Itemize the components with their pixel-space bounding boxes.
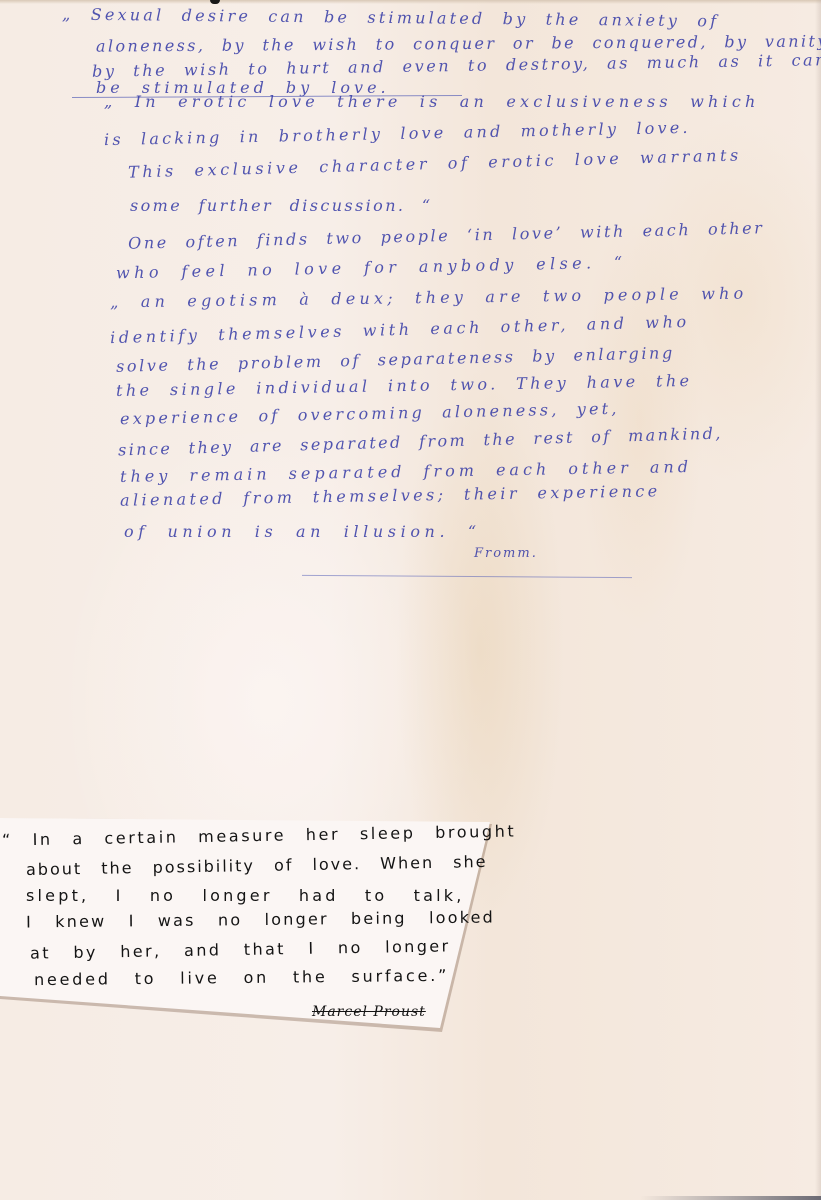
- quote-line: who feel no love for anybody else. “: [116, 253, 627, 283]
- page-right-edge: [815, 0, 821, 1200]
- quote-end-rule: [302, 575, 632, 579]
- quote-line: One often finds two people ‘in love’ wit…: [128, 218, 765, 253]
- quote-line: solve the problem of separateness by enl…: [116, 343, 675, 376]
- quote-line: „ Sexual desire can be stimulated by the…: [62, 5, 720, 31]
- quote-author: Fromm.: [474, 546, 538, 561]
- quote-line: identify themselves with each other, and…: [110, 312, 690, 347]
- quote-line: of union is an illusion. “: [124, 522, 481, 541]
- quote-line: some further discussion. “: [130, 196, 432, 215]
- quote-line: alienated from themselves; their experie…: [120, 481, 661, 509]
- quote-line: „ In erotic love there is an exclusivene…: [104, 92, 760, 111]
- quote-line: This exclusive character of erotic love …: [128, 145, 742, 181]
- quote-line: the single individual into two. They hav…: [116, 371, 693, 400]
- quote-line: experience of overcoming aloneness, yet,: [120, 399, 620, 428]
- page-top-edge: [0, 0, 821, 4]
- page-bottom-edge: [640, 1196, 821, 1200]
- note-line: slept, I no longer had to talk,: [26, 886, 465, 905]
- quote-line: since they are separated from the rest o…: [118, 424, 723, 460]
- quote-line: is lacking in brotherly love and motherl…: [104, 118, 691, 149]
- note-author-struck: Marcel Proust: [312, 1004, 426, 1020]
- quote-line: „ an egotism à deux; they are two people…: [110, 284, 748, 312]
